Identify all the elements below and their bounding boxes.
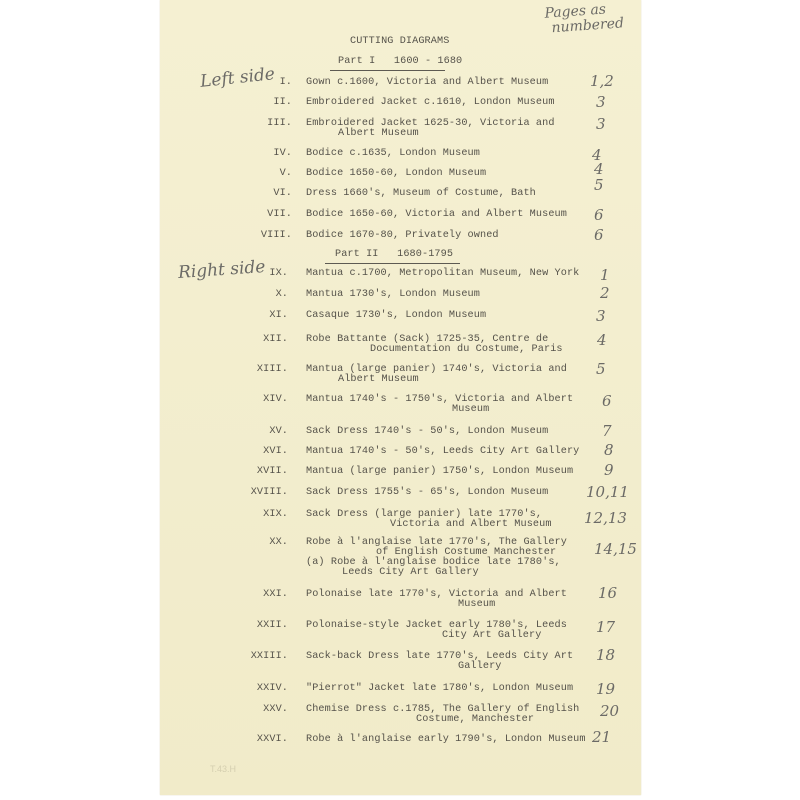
item-numeral: XII. <box>228 334 288 345</box>
item-numeral: I. <box>232 77 292 88</box>
item-page-number: 10,11 <box>586 483 629 501</box>
handwritten-corner-note: Pages as numbered <box>544 1 624 36</box>
typed-document-page: Pages as numbered CUTTING DIAGRAMS Part … <box>160 0 641 795</box>
item-numeral: VI. <box>232 188 292 199</box>
item-numeral: XV. <box>228 426 288 437</box>
item-text: Costume, Manchester <box>416 714 534 725</box>
item-page-number: 18 <box>596 646 615 664</box>
item-numeral: XIX. <box>228 509 288 520</box>
item-page-number: 2 <box>600 284 610 302</box>
item-page-number: 5 <box>594 176 604 194</box>
item-page-number: 1 <box>600 266 610 284</box>
item-text: Bodice 1650-60, London Museum <box>306 168 486 179</box>
corner-note-line: numbered <box>545 16 624 36</box>
item-text: Dress 1660's, Museum of Costume, Bath <box>306 188 536 199</box>
item-numeral: III. <box>232 118 292 129</box>
part-heading: Part II 1680-1795 <box>335 249 453 260</box>
item-numeral: IV. <box>232 148 292 159</box>
item-text: Leeds City Art Gallery <box>342 567 479 578</box>
item-page-number: 3 <box>596 307 606 325</box>
item-numeral: XXIV. <box>228 683 288 694</box>
item-text: Mantua c.1700, Metropolitan Museum, New … <box>306 268 579 279</box>
item-numeral: VII. <box>232 209 292 220</box>
item-numeral: X. <box>228 289 288 300</box>
item-text: Casaque 1730's, London Museum <box>306 310 486 321</box>
item-text: Bodice c.1635, London Museum <box>306 148 480 159</box>
item-text: Robe à l'anglaise early 1790's, London M… <box>306 734 586 745</box>
item-numeral: XXII. <box>228 620 288 631</box>
item-numeral: XVI. <box>228 446 288 457</box>
item-numeral: XVII. <box>228 466 288 477</box>
item-text: Embroidered Jacket c.1610, London Museum <box>306 97 555 108</box>
item-text: Victoria and Albert Museum <box>390 519 552 530</box>
item-page-number: 9 <box>604 461 614 479</box>
item-numeral: XI. <box>228 310 288 321</box>
item-numeral: XXIII. <box>228 651 288 662</box>
item-numeral: XXVI. <box>228 734 288 745</box>
item-numeral: XX. <box>228 537 288 548</box>
item-text: Mantua 1730's, London Museum <box>306 289 480 300</box>
item-text: Sack Dress 1740's - 50's, London Museum <box>306 426 548 437</box>
item-text: Mantua 1740's - 50's, Leeds City Art Gal… <box>306 446 579 457</box>
item-text: Albert Museum <box>338 128 419 139</box>
item-text: Gallery <box>458 661 502 672</box>
item-page-number: 20 <box>600 702 619 720</box>
item-page-number: 6 <box>602 392 612 410</box>
item-numeral: IX. <box>228 268 288 279</box>
part-heading-underline <box>330 70 445 71</box>
item-numeral: II. <box>232 97 292 108</box>
part-heading-underline <box>325 263 460 264</box>
item-page-number: 4 <box>597 331 607 349</box>
item-page-number: 16 <box>598 584 617 602</box>
item-text: Documentation du Costume, Paris <box>370 344 563 355</box>
item-page-number: 6 <box>594 206 604 224</box>
item-page-number: 3 <box>596 115 606 133</box>
item-text: Gown c.1600, Victoria and Albert Museum <box>306 77 548 88</box>
item-text: Museum <box>458 599 495 610</box>
item-text: Polonaise late 1770's, Victoria and Albe… <box>306 589 567 600</box>
item-page-number: 5 <box>596 360 606 378</box>
item-numeral: XXI. <box>228 589 288 600</box>
item-text: Sack-back Dress late 1770's, Leeds City … <box>306 651 573 662</box>
item-text: Mantua (large panier) 1750's, London Mus… <box>306 466 573 477</box>
item-numeral: XIII. <box>228 364 288 375</box>
item-page-number: 17 <box>596 618 615 636</box>
item-page-number: 12,13 <box>584 509 627 527</box>
item-page-number: 6 <box>594 226 604 244</box>
item-numeral: XIV. <box>228 394 288 405</box>
item-text: Museum <box>452 404 489 415</box>
part-heading: Part I 1600 - 1680 <box>338 56 462 67</box>
item-text: City Art Gallery <box>442 630 541 641</box>
item-text: "Pierrot" Jacket late 1780's, London Mus… <box>306 683 573 694</box>
item-numeral: V. <box>232 168 292 179</box>
item-text: Bodice 1670-80, Privately owned <box>306 230 499 241</box>
item-page-number: 3 <box>596 93 606 111</box>
item-numeral: VIII. <box>232 230 292 241</box>
item-page-number: 7 <box>602 422 612 440</box>
page-title: CUTTING DIAGRAMS <box>350 36 449 47</box>
item-page-number: 19 <box>596 680 615 698</box>
item-text: Sack Dress 1755's - 65's, London Museum <box>306 487 548 498</box>
faint-stamp-mark: T.43.H <box>210 764 236 774</box>
item-page-number: 21 <box>592 728 611 746</box>
item-numeral: XVIII. <box>228 487 288 498</box>
item-text: Bodice 1650-60, Victoria and Albert Muse… <box>306 209 567 220</box>
item-text: Albert Museum <box>338 374 419 385</box>
item-text: Mantua 1740's - 1750's, Victoria and Alb… <box>306 394 573 405</box>
item-page-number: 8 <box>604 441 614 459</box>
item-numeral: XXV. <box>228 704 288 715</box>
item-page-number: 1,2 <box>590 72 614 90</box>
item-page-number: 14,15 <box>594 540 637 558</box>
